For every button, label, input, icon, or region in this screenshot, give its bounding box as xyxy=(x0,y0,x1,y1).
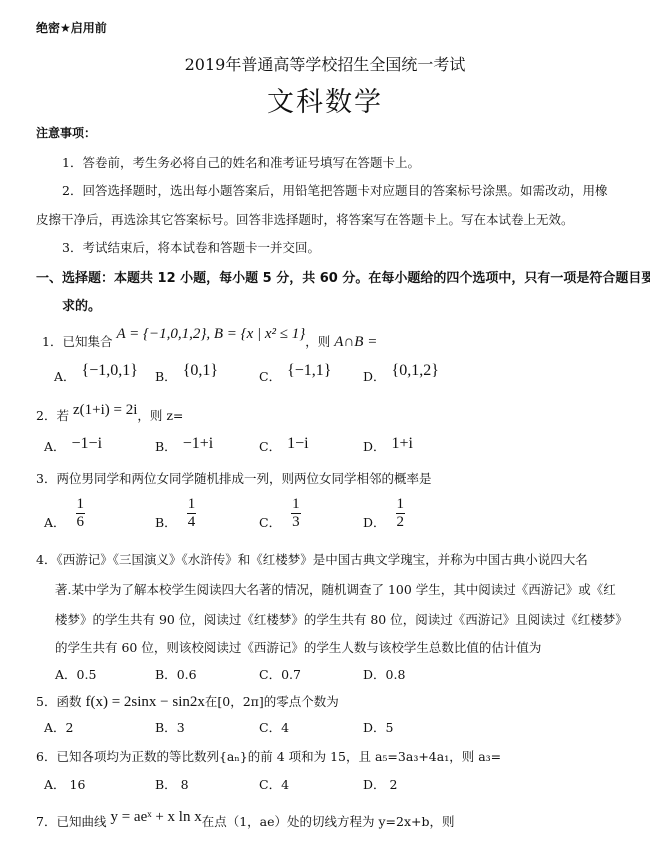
option-d[interactable]: D． 2 xyxy=(363,775,397,793)
option-value: 1+i xyxy=(392,435,413,452)
option-b[interactable]: B．3 xyxy=(155,718,185,736)
option-label: D． xyxy=(363,720,386,735)
question-3: 3．两位男同学和两位女同学随机排成一列，则两位女同学相邻的概率是 xyxy=(36,469,431,487)
question-text: 已知集合 xyxy=(62,334,112,349)
question-text: 已知曲线 xyxy=(56,814,106,829)
question-number: 3． xyxy=(36,471,56,486)
option-label: B． xyxy=(155,777,177,792)
question-5: 5．函数 f(x) = 2sinx − sin2x在[0，2π]的零点个数为 xyxy=(36,692,339,711)
option-value: 2 xyxy=(390,777,398,792)
option-value: −1+i xyxy=(183,435,214,452)
question-1: 1．已知集合 A = {−1,0,1,2}, B = {x | x² ≤ 1}，… xyxy=(42,332,377,351)
option-c[interactable]: C．0.7 xyxy=(259,665,301,683)
question-math: A = {−1,0,1,2}, B = {x | x² ≤ 1} xyxy=(116,326,305,342)
confidential-label: 绝密★启用前 xyxy=(36,19,107,36)
question-7: 7．已知曲线 y = aeˣ + x ln x在点（1，ae）处的切线方程为 y… xyxy=(36,812,455,831)
option-label: D． xyxy=(363,777,386,792)
question-number: 4． xyxy=(36,552,56,567)
option-b[interactable]: B．{0,1} xyxy=(155,367,218,386)
option-value: 4 xyxy=(281,777,289,792)
fraction: 14 xyxy=(187,496,197,531)
exam-title: 文科数学 xyxy=(0,80,650,119)
question-text: 在[0，2π]的零点个数为 xyxy=(205,694,339,709)
question-text: 函数 xyxy=(56,694,81,709)
option-c[interactable]: C．{−1,1} xyxy=(259,367,331,386)
question-math: A∩B = xyxy=(334,334,377,350)
question-text: 《西游记》《三国演义》《水浒传》和《红楼梦》是中国古典文学瑰宝，并称为中国古典小… xyxy=(56,552,587,567)
section-heading-cont: 求的。 xyxy=(62,295,101,314)
option-label: D． xyxy=(363,515,386,530)
question-text: ，则 z= xyxy=(137,408,183,423)
option-value: {−1,0,1} xyxy=(82,362,138,379)
option-label: A． xyxy=(44,439,66,454)
option-value: 0.5 xyxy=(77,667,97,682)
option-label: A． xyxy=(44,515,66,530)
option-c[interactable]: C．13 xyxy=(259,506,301,541)
option-b[interactable]: B．0.6 xyxy=(155,665,197,683)
question-4-line-3: 楼梦》的学生共有 90 位，阅读过《红楼梦》的学生共有 80 位，阅读过《西游记… xyxy=(55,610,628,628)
option-b[interactable]: B． 8 xyxy=(155,775,189,793)
fraction: 16 xyxy=(76,496,86,531)
option-value: 1−i xyxy=(287,435,308,452)
option-c[interactable]: C．4 xyxy=(259,775,289,793)
question-math: y = aeˣ + x ln x xyxy=(110,809,201,825)
option-d[interactable]: D．0.8 xyxy=(363,665,405,683)
note-item-3: 3．考试结束后，将本试卷和答题卡一并交回。 xyxy=(62,238,320,256)
option-label: C． xyxy=(259,720,281,735)
option-a[interactable]: A．0.5 xyxy=(55,665,96,683)
fraction: 12 xyxy=(396,496,406,531)
option-label: D． xyxy=(363,667,386,682)
option-value: 8 xyxy=(181,777,189,792)
option-value: 0.7 xyxy=(281,667,301,682)
fraction: 13 xyxy=(291,496,301,531)
option-label: C． xyxy=(259,667,281,682)
question-2: 2．若 z(1+i) = 2i，则 z= xyxy=(36,406,183,425)
question-4-line-4: 的学生共有 60 位，则该校阅读过《西游记》的学生人数与该校学生总数比值的估计值… xyxy=(55,638,541,656)
option-label: B． xyxy=(155,515,177,530)
option-a[interactable]: A．16 xyxy=(44,506,85,541)
option-value: 4 xyxy=(281,720,289,735)
option-label: B． xyxy=(155,720,177,735)
note-item-2: 2．回答选择题时，选出每小题答案后，用铅笔把答题卡对应题目的答案标号涂黑。如需改… xyxy=(62,181,607,199)
option-value: {−1,1} xyxy=(287,362,331,379)
option-value: 5 xyxy=(386,720,394,735)
question-number: 5． xyxy=(36,694,56,709)
question-text: 已知各项均为正数的等比数列{aₙ}的前 4 项和为 15，且 a₅=3a₃+4a… xyxy=(56,749,501,764)
question-text: 若 xyxy=(56,408,69,423)
option-value: {0,1} xyxy=(183,362,218,379)
option-label: C． xyxy=(259,369,281,384)
option-label: B． xyxy=(155,667,177,682)
question-number: 2． xyxy=(36,408,56,423)
option-d[interactable]: D．{0,1,2} xyxy=(363,367,439,386)
option-label: B． xyxy=(155,439,177,454)
option-label: A． xyxy=(54,369,76,384)
option-d[interactable]: D．12 xyxy=(363,506,405,541)
option-d[interactable]: D．1+i xyxy=(363,437,413,456)
question-4-line-2: 著.某中学为了解本校学生阅读四大名著的情况，随机调查了 100 学生，其中阅读过… xyxy=(55,580,616,598)
option-value: 2 xyxy=(66,720,74,735)
notes-heading: 注意事项： xyxy=(36,124,96,141)
question-4: 4．《西游记》《三国演义》《水浒传》和《红楼梦》是中国古典文学瑰宝，并称为中国古… xyxy=(36,550,588,568)
question-math: f(x) = 2sinx − sin2x xyxy=(85,694,204,710)
option-value: −1−i xyxy=(72,435,103,452)
question-number: 6． xyxy=(36,749,56,764)
option-label: A． xyxy=(44,720,66,735)
option-label: B． xyxy=(155,369,177,384)
question-text: 两位男同学和两位女同学随机排成一列，则两位女同学相邻的概率是 xyxy=(56,471,431,486)
option-label: A． xyxy=(44,777,66,792)
option-value: 3 xyxy=(177,720,185,735)
option-value: 0.8 xyxy=(386,667,406,682)
question-math: z(1+i) = 2i xyxy=(73,402,137,418)
option-label: A． xyxy=(55,667,77,682)
question-6: 6．已知各项均为正数的等比数列{aₙ}的前 4 项和为 15，且 a₅=3a₃+… xyxy=(36,747,501,765)
option-label: C． xyxy=(259,515,281,530)
question-number: 1． xyxy=(42,334,62,349)
option-label: D． xyxy=(363,369,386,384)
note-item-2-cont: 皮擦干净后，再选涂其它答案标号。回答非选择题时，将答案写在答题卡上。写在本试卷上… xyxy=(36,210,574,228)
option-value: 0.6 xyxy=(177,667,197,682)
option-label: D． xyxy=(363,439,386,454)
exam-subtitle: 2019年普通高等学校招生全国统一考试 xyxy=(0,52,650,75)
option-c[interactable]: C．1−i xyxy=(259,437,309,456)
option-b[interactable]: B．−1+i xyxy=(155,437,213,456)
option-c[interactable]: C．4 xyxy=(259,718,289,736)
option-b[interactable]: B．14 xyxy=(155,506,196,541)
option-value: 16 xyxy=(70,777,86,792)
section-heading: 一、选择题：本题共 12 小题，每小题 5 分，共 60 分。在每小题给的四个选… xyxy=(36,267,650,286)
option-label: C． xyxy=(259,439,281,454)
option-a[interactable]: A．{−1,0,1} xyxy=(54,367,138,386)
question-number: 7． xyxy=(36,814,56,829)
option-d[interactable]: D．5 xyxy=(363,718,393,736)
option-a[interactable]: A．−1−i xyxy=(44,437,102,456)
note-item-1: 1．答卷前，考生务必将自己的姓名和准考证号填写在答题卡上。 xyxy=(62,153,420,171)
option-label: C． xyxy=(259,777,281,792)
option-a[interactable]: A．2 xyxy=(44,718,73,736)
option-a[interactable]: A． 16 xyxy=(44,775,85,793)
question-text: 在点（1，ae）处的切线方程为 y=2x+b，则 xyxy=(202,814,455,829)
question-text: ，则 xyxy=(305,334,330,349)
option-value: {0,1,2} xyxy=(392,362,439,379)
